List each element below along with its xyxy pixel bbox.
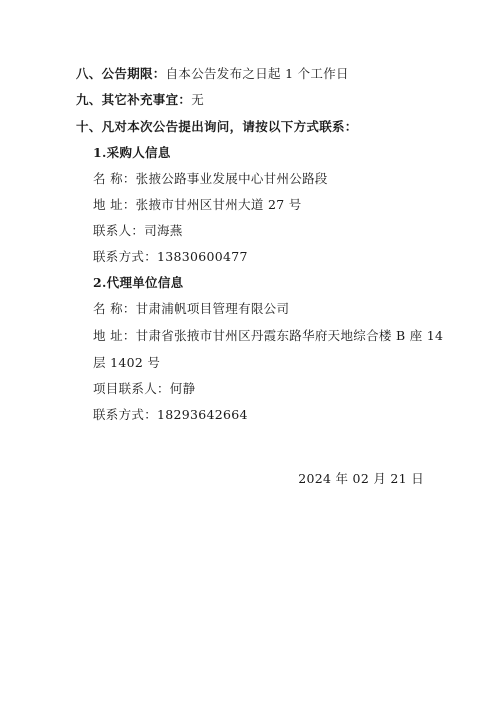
section-10-contact-heading: 十、凡对本次公告提出询问，请按以下方式联系： <box>76 119 358 135</box>
purchaser-address: 地 址：张掖市甘州区甘州大道 27 号 <box>93 197 302 213</box>
agent-contact: 项目联系人：何静 <box>93 381 195 397</box>
section-8-announcement-period: 八、公告期限：自本公告发布之日起 1 个工作日 <box>76 66 349 82</box>
section-8-label: 八、公告期限： <box>76 66 166 81</box>
document-date: 2024 年 02 月 21 日 <box>298 471 424 487</box>
purchaser-phone: 联系方式：13830600477 <box>93 249 248 265</box>
purchaser-name: 名 称：张掖公路事业发展中心甘州公路段 <box>93 171 328 187</box>
agent-heading: 2.代理单位信息 <box>93 275 183 291</box>
agent-address-line2: 层 1402 号 <box>93 355 160 371</box>
agent-name: 名 称：甘肃浦帆项目管理有限公司 <box>93 301 289 317</box>
agent-address-line1: 地 址：甘肃省张掖市甘州区丹霞东路华府天地综合楼 B 座 14 <box>93 328 443 344</box>
purchaser-heading: 1.采购人信息 <box>93 145 171 161</box>
document-page: 八、公告期限：自本公告发布之日起 1 个工作日 九、其它补充事宜：无 十、凡对本… <box>0 0 500 706</box>
section-8-value: 自本公告发布之日起 1 个工作日 <box>166 66 349 81</box>
section-9-label: 九、其它补充事宜： <box>76 92 191 107</box>
section-9-value: 无 <box>191 92 204 107</box>
purchaser-contact: 联系人：司海燕 <box>93 223 183 239</box>
section-9-other-matters: 九、其它补充事宜：无 <box>76 92 204 108</box>
agent-phone: 联系方式：18293642664 <box>93 407 248 423</box>
